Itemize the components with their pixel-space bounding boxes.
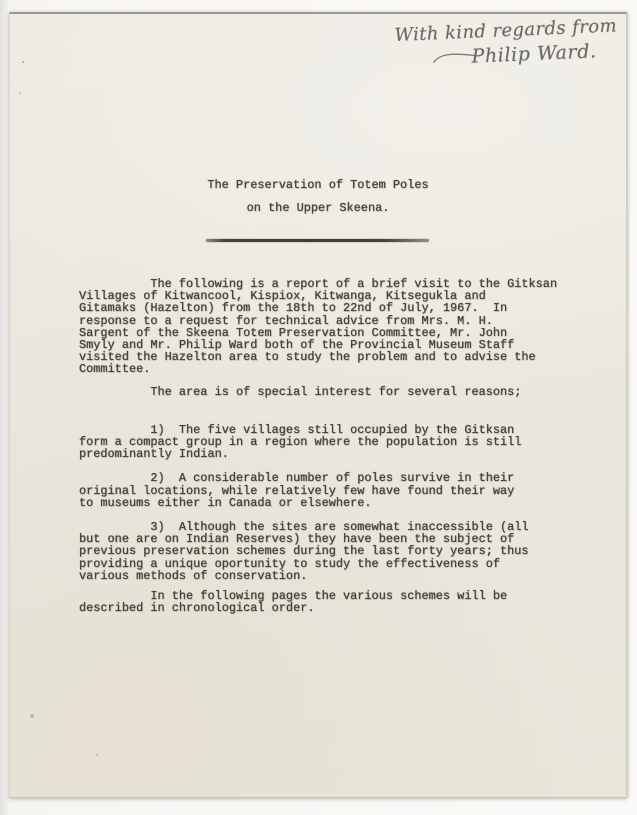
paragraph-reasons-lead-in: The area is of special interest for seve… [79, 386, 584, 398]
document-body: The following is a report of a brief vis… [79, 278, 584, 614]
document-title-line-2: on the Upper Skeena. [10, 202, 626, 214]
title-underline-rule [206, 239, 429, 242]
scan-background: With kind regards from Philip Ward. The … [0, 0, 637, 815]
handwritten-signature: Philip Ward. [431, 39, 626, 69]
handwritten-note: With kind regards from Philip Ward. [394, 15, 626, 71]
paragraph-point-3: 3) Although the sites are somewhat inacc… [79, 521, 584, 582]
paragraph-closing: In the following pages the various schem… [79, 590, 584, 614]
document-page: With kind regards from Philip Ward. The … [9, 12, 627, 798]
paragraph-introduction: The following is a report of a brief vis… [79, 278, 584, 376]
paragraph-point-1: 1) The five villages still occupied by t… [79, 424, 584, 461]
document-title-line-1: The Preservation of Totem Poles [10, 179, 626, 191]
paper-specks [22, 61, 24, 63]
handwritten-signature-text: Philip Ward. [471, 40, 597, 67]
paragraph-point-2: 2) A considerable number of poles surviv… [79, 472, 584, 509]
signature-flourish-stroke [431, 49, 476, 67]
